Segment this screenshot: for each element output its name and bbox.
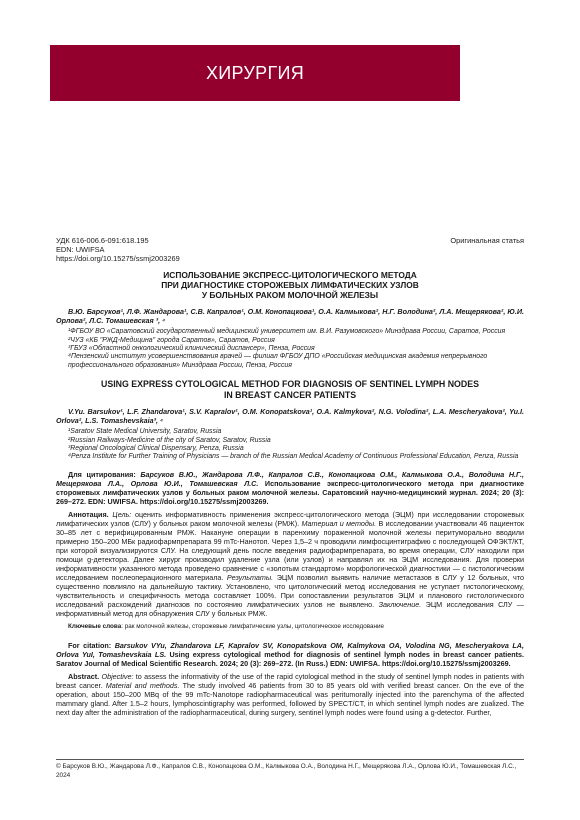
affiliation: ²Russian Railways-Medicine of the city o… <box>68 437 524 445</box>
affiliation: ¹ФГБОУ ВО «Саратовский государственный м… <box>68 328 524 336</box>
citation-label: For citation: <box>68 641 115 650</box>
copyright-notice: © Барсуков В.Ю., Жандарова Л.Ф., Капрало… <box>56 763 524 780</box>
citation-label: Для цитирования: <box>68 470 140 479</box>
abstract-ru: Аннотация. Цель: оценить информативность… <box>56 510 524 618</box>
edn-code: EDN: UWIFSA <box>56 245 180 254</box>
doi-link[interactable]: https://doi.org/10.15275/ssmj2003269 <box>56 254 180 263</box>
article-meta: УДК 616-006.6-091:618.195 EDN: UWIFSA ht… <box>56 236 524 264</box>
section-banner: ХИРУРГИЯ <box>50 45 460 101</box>
affiliation: ³Regional Oncological Clinical Dispensar… <box>68 445 524 453</box>
citation-ru: Для цитирования: Барсуков В.Ю., Жандаров… <box>56 470 524 506</box>
authors-ru: В.Ю. Барсуков¹, Л.Ф. Жандарова¹, С.В. Ка… <box>56 307 524 325</box>
affiliation: ¹Saratov State Medical University, Sarat… <box>68 428 524 436</box>
article-page: УДК 616-006.6-091:618.195 EDN: UWIFSA ht… <box>56 236 524 717</box>
methods-label: Материал и методы. <box>301 519 376 528</box>
title-ru: ИСПОЛЬЗОВАНИЕ ЭКСПРЕСС-ЦИТОЛОГИЧЕСКОГО М… <box>56 270 524 301</box>
affiliations-ru: ¹ФГБОУ ВО «Саратовский государственный м… <box>68 328 524 370</box>
affiliation: ²ЧУЗ «КБ "РЖД-Медицина" города Саратов»,… <box>68 337 524 345</box>
title-en-line: USING EXPRESS CYTOLOGICAL METHOD FOR DIA… <box>56 379 524 390</box>
objective-label: Цель: <box>112 510 131 519</box>
udk-code: УДК 616-006.6-091:618.195 <box>56 236 180 245</box>
title-ru-line: ПРИ ДИАГНОСТИКЕ СТОРОЖЕВЫХ ЛИМФАТИЧЕСКИХ… <box>56 280 524 290</box>
title-en: USING EXPRESS CYTOLOGICAL METHOD FOR DIA… <box>56 379 524 400</box>
title-en-line: IN BREAST CANCER PATIENTS <box>56 390 524 401</box>
keywords-label: Ключевые слова <box>68 623 121 630</box>
abstract-label: Abstract. <box>68 672 99 681</box>
methods-label: Material and methods. <box>106 681 180 690</box>
affiliations-en: ¹Saratov State Medical University, Sarat… <box>68 428 524 462</box>
title-ru-line: У БОЛЬНЫХ РАКОМ МОЛОЧНОЙ ЖЕЛЕЗЫ <box>56 290 524 300</box>
abstract-en: Abstract. Objective: to assess the infor… <box>56 672 524 717</box>
abstract-label: Аннотация. <box>68 510 109 519</box>
results-label: Результаты. <box>227 573 273 582</box>
article-type: Оригинальная статья <box>450 236 524 264</box>
conclusion-label: Заключение. <box>379 600 422 609</box>
objective-label: Objective: <box>101 672 133 681</box>
affiliation: ⁴Penza Institute for Further Training of… <box>68 453 524 461</box>
affiliation: ⁴Пензенский институт усовершенствования … <box>68 353 524 370</box>
footnote-divider <box>56 759 524 760</box>
citation-en: For citation: Barsukov VYu, Zhandarova L… <box>56 641 524 668</box>
authors-en: V.Yu. Barsukov¹, L.F. Zhandarova¹, S.V. … <box>56 407 524 425</box>
keywords-text: : рак молочной железы, сторожевые лимфат… <box>121 623 384 630</box>
keywords-ru: Ключевые слова: рак молочной железы, сто… <box>68 623 524 631</box>
section-title: ХИРУРГИЯ <box>206 63 304 84</box>
title-ru-line: ИСПОЛЬЗОВАНИЕ ЭКСПРЕСС-ЦИТОЛОГИЧЕСКОГО М… <box>56 270 524 280</box>
